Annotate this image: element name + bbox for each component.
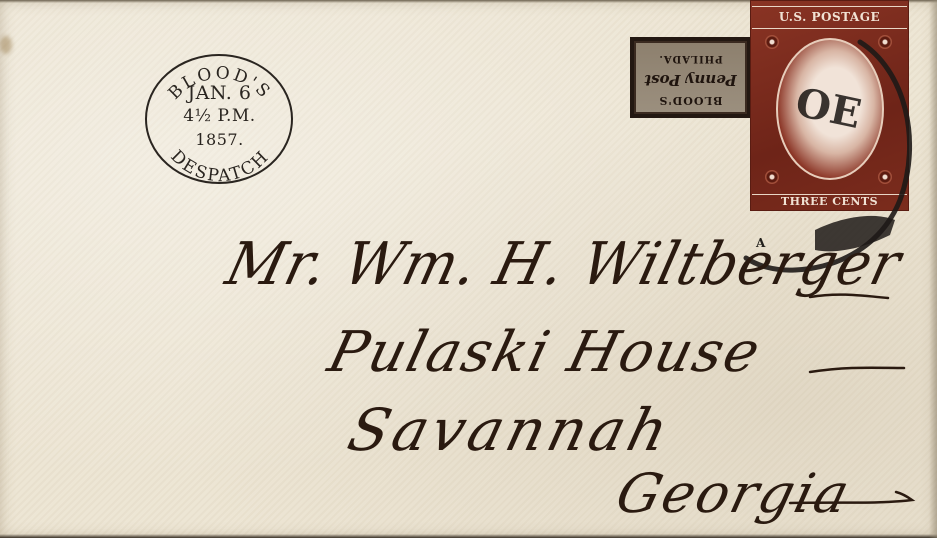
handstamp-year: 1857. xyxy=(143,130,296,149)
rosette-icon xyxy=(878,35,892,49)
stamp-bottom-label: THREE CENTS xyxy=(752,194,907,209)
bloods-despatch-handstamp: BLOOD'S DESPATCH JAN. 6 4½ P.M. 1857. xyxy=(143,52,296,186)
local-stamp-line2: Penny Post xyxy=(636,71,745,89)
local-stamp-line3: PHILADA. xyxy=(636,53,745,64)
three-cent-postage-stamp: U.S. POSTAGE THREE CENTS xyxy=(750,0,909,211)
rosette-icon xyxy=(765,35,779,49)
handstamp-date: JAN. 6 xyxy=(143,82,296,104)
envelope: BLOOD'S DESPATCH JAN. 6 4½ P.M. 1857. BL… xyxy=(0,0,937,538)
address-state: Georgia xyxy=(610,462,857,525)
paper-stain xyxy=(0,36,12,54)
svg-text:DESPATCH: DESPATCH xyxy=(166,146,273,186)
envelope-right-edge xyxy=(929,0,937,538)
rosette-icon xyxy=(878,170,892,184)
bloods-penny-post-stamp: BLOOD'S Penny Post PHILADA. xyxy=(630,37,751,118)
handstamp-bottom-arc: DESPATCH xyxy=(166,146,273,186)
address-city: Savannah xyxy=(342,396,679,464)
washington-portrait-icon xyxy=(776,38,884,180)
address-street: Pulaski House xyxy=(322,320,768,385)
address-recipient: Mr. Wm. H. Wiltberger xyxy=(219,230,908,298)
local-stamp-line1: BLOOD'S xyxy=(636,94,745,107)
stamp-top-label: U.S. POSTAGE xyxy=(752,6,907,29)
local-stamp-face: BLOOD'S Penny Post PHILADA. xyxy=(634,41,747,114)
envelope-bottom-edge xyxy=(0,534,937,538)
rosette-icon xyxy=(765,170,779,184)
handstamp-time: 4½ P.M. xyxy=(143,106,296,126)
